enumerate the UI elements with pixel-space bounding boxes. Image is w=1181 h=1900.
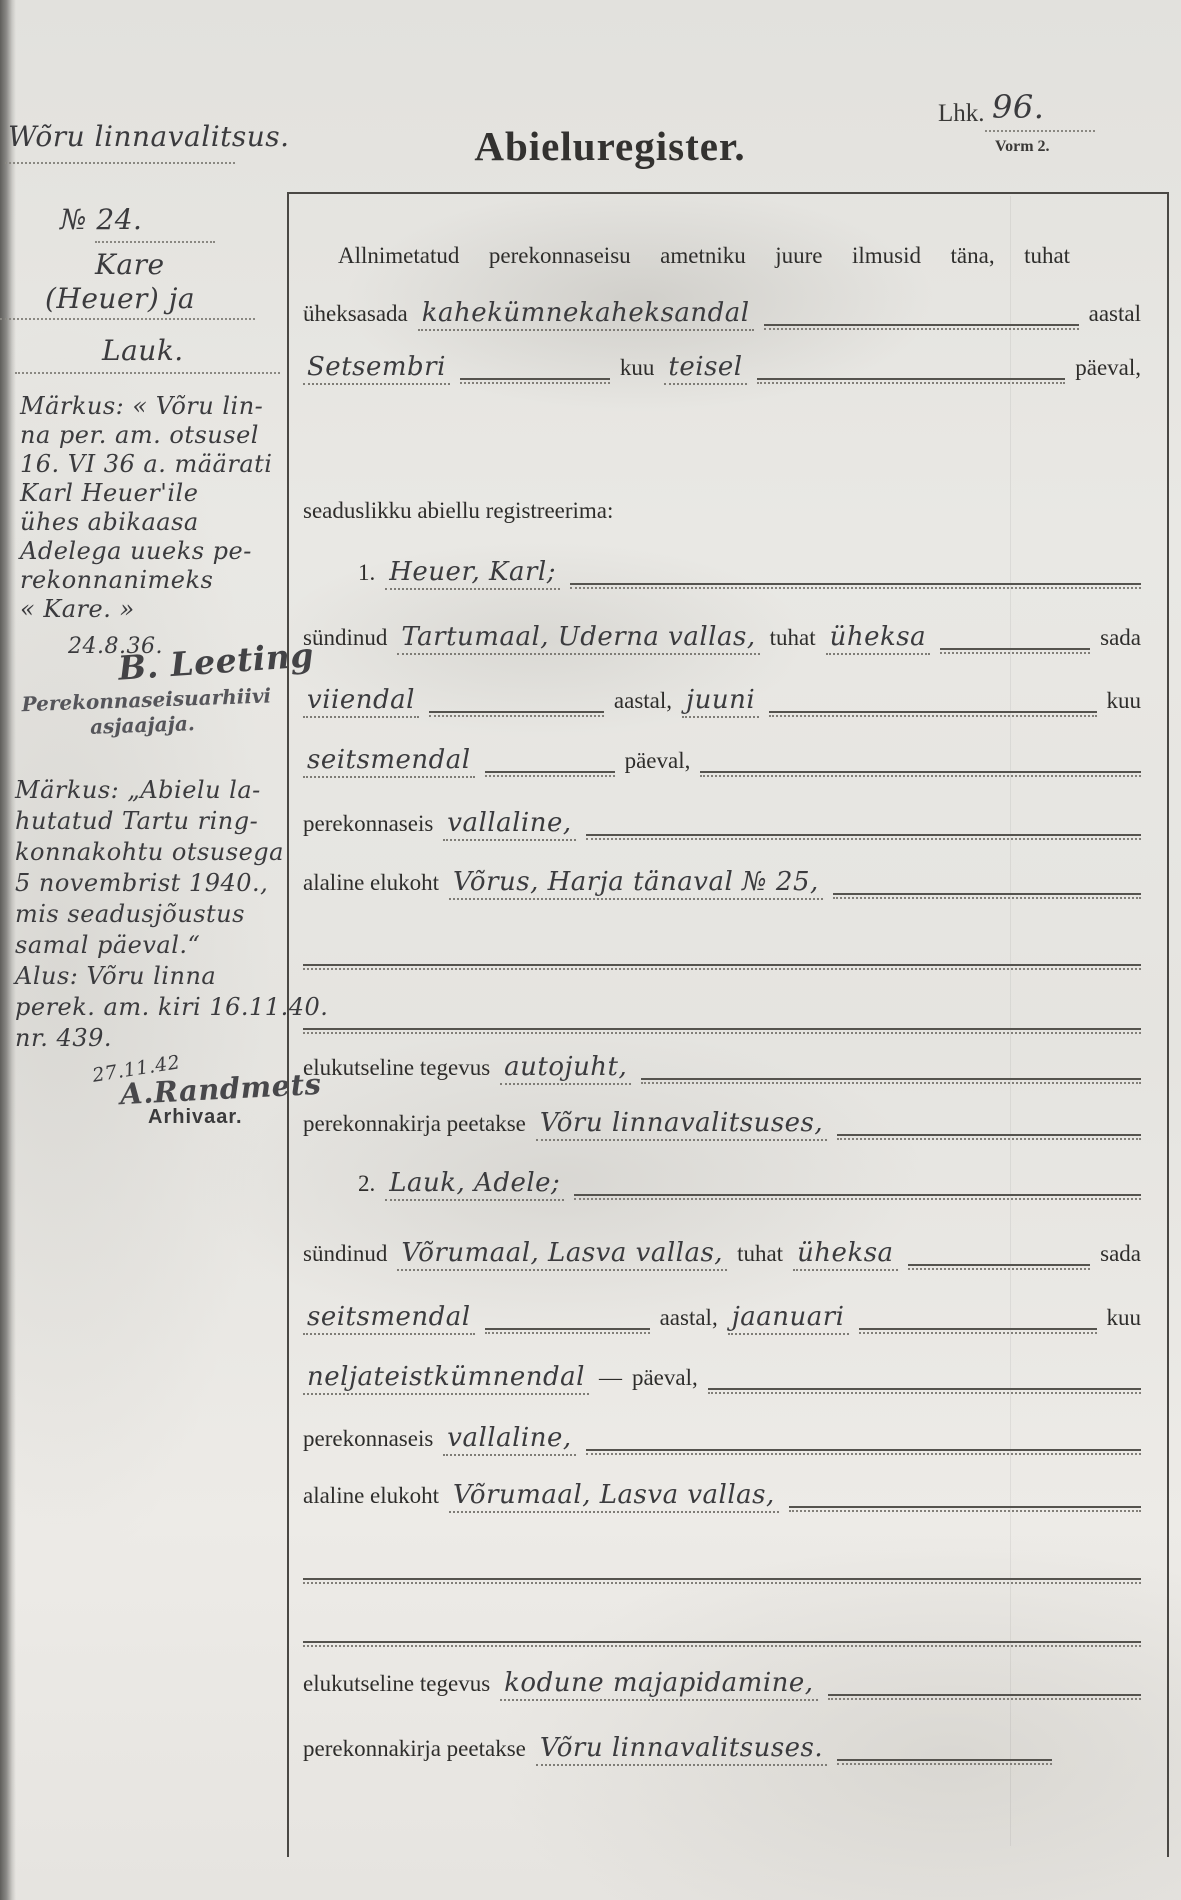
- handwritten-line: Karl Heuer'ile: [20, 479, 270, 508]
- handwritten-entry: juuni: [682, 685, 759, 718]
- printed-label: alaline elukoht: [303, 1483, 439, 1509]
- handwritten-line: Alus: Võru linna: [15, 961, 277, 992]
- form-line: Allnimetatud perekonnaseisu ametniku juu…: [303, 243, 1141, 279]
- handwritten-line: Märkus: „Abielu la-: [15, 775, 277, 806]
- handwritten-entry: autojuht,: [500, 1052, 631, 1085]
- handwritten-entry: Lauk, Adele;: [385, 1168, 564, 1201]
- fill-rule: [586, 1449, 1141, 1451]
- form-line: alaline elukohtVõrus, Harja tänaval № 25…: [303, 867, 1141, 903]
- fill-rule: [460, 378, 610, 380]
- printed-label: tuhat: [737, 1241, 783, 1267]
- fill-rule: [303, 1578, 1141, 1580]
- dotted-separator: [15, 372, 280, 374]
- form-line: [303, 1002, 1141, 1038]
- record-number: № 24.: [60, 203, 142, 236]
- handwritten-line: Adelega uueks pe-: [20, 537, 270, 566]
- handwritten-entry: Tartumaal, Uderna vallas,: [397, 622, 759, 655]
- printed-label: Allnimetatud perekonnaseisu ametniku juu…: [338, 243, 1070, 269]
- printed-label: perekonnakirja peetakse: [303, 1111, 526, 1137]
- fill-rule: [828, 1694, 1141, 1696]
- form-line: 1.Heuer, Karl;: [303, 557, 1141, 593]
- printed-label: perekonnaseis: [303, 1426, 433, 1452]
- margin-note-name-change: Märkus: « Võru lin-na per. am. otsusel16…: [20, 392, 270, 624]
- form-line: neljateistkümnendal—päeval,: [303, 1362, 1141, 1398]
- fill-rule: [574, 1194, 1141, 1196]
- form-line: perekonnakirja peetakseVõru linnavalitsu…: [303, 1108, 1141, 1144]
- handwritten-entry: teisel: [664, 352, 746, 385]
- fill-rule: [303, 1028, 1141, 1030]
- printed-label: alaline elukoht: [303, 870, 439, 896]
- fill-rule: [940, 648, 1090, 650]
- form-line: seitsmendalpäeval,: [303, 745, 1141, 781]
- margin-name-new: Kare: [95, 248, 165, 281]
- form-line: alaline elukohtVõrumaal, Lasva vallas,: [303, 1480, 1141, 1516]
- fill-rule: [641, 1078, 1141, 1080]
- handwritten-entry: kodune majapidamine,: [500, 1668, 817, 1701]
- printed-label: kuu: [1107, 688, 1142, 714]
- fill-rule: [789, 1506, 1141, 1508]
- fill-rule: [769, 711, 1096, 713]
- archive-clerk-stamp: Perekonnaseisuarhiiviasjaajaja.: [21, 684, 263, 742]
- fill-rule: [485, 771, 615, 773]
- handwritten-line: konnakohtu otsusega: [15, 837, 277, 868]
- form-line: perekonnaseisvallaline,: [303, 1423, 1141, 1459]
- form-line: Setsembrikuuteiselpäeval,: [303, 352, 1141, 388]
- printed-label: tuhat: [770, 625, 816, 651]
- printed-label: elukutseline tegevus: [303, 1671, 490, 1697]
- handwritten-entry: Setsembri: [303, 352, 450, 385]
- fill-rule: [837, 1759, 1052, 1761]
- printed-label: aastal,: [614, 688, 672, 714]
- printed-label: päeval,: [625, 748, 691, 774]
- printed-label: sada: [1100, 1241, 1141, 1267]
- handwritten-entry: seitsmendal: [303, 1302, 475, 1335]
- fill-rule: [757, 378, 1066, 380]
- office-name: Wõru linnavalitsus.: [8, 120, 290, 153]
- fill-rule: [429, 711, 604, 713]
- document-page: Wõru linnavalitsus. Abieluregister. Lhk.…: [0, 0, 1181, 1900]
- handwritten-entry: Võrus, Harja tänaval № 25,: [449, 867, 823, 900]
- form-line: [303, 1552, 1141, 1588]
- handwritten-line: hutatud Tartu ring-: [15, 806, 277, 837]
- printed-label: seaduslikku abiellu registreerima:: [303, 498, 613, 524]
- printed-label: üheksasada: [303, 301, 408, 327]
- printed-label: sündinud: [303, 625, 387, 651]
- handwritten-line: « Kare. »: [20, 595, 270, 624]
- handwritten-entry: Võrumaal, Lasva vallas,: [449, 1480, 779, 1513]
- fill-rule: [700, 771, 1141, 773]
- handwritten-entry: Heuer, Karl;: [385, 557, 560, 590]
- fill-rule: [908, 1264, 1091, 1266]
- handwritten-entry: Võrumaal, Lasva vallas,: [397, 1238, 727, 1271]
- form-line: perekonnaseisvallaline,: [303, 808, 1141, 844]
- handwritten-line: perek. am. kiri 16.11.40.: [15, 992, 277, 1023]
- fill-rule: [764, 324, 1079, 326]
- fill-rule: [570, 583, 1141, 585]
- printed-label: päeval,: [632, 1365, 698, 1391]
- form-line: 2.Lauk, Adele;: [303, 1168, 1141, 1204]
- handwritten-line: Märkus: « Võru lin-: [20, 392, 270, 421]
- form-line: seitsmendalaastal,jaanuarikuu: [303, 1302, 1141, 1338]
- printed-label: sada: [1100, 625, 1141, 651]
- handwritten-line: 16. VI 36 a. määrati: [20, 450, 270, 479]
- printed-label: 2.: [358, 1171, 375, 1197]
- form-line: [303, 1615, 1141, 1651]
- printed-label: sündinud: [303, 1241, 387, 1267]
- form-line: seaduslikku abiellu registreerima:: [303, 498, 1141, 534]
- handwritten-line: ühes abikaasa: [20, 508, 270, 537]
- form-line: perekonnakirja peetakseVõru linnavalitsu…: [303, 1733, 1141, 1769]
- form-line: üheksasadakahekümnekaheksandalaastal: [303, 298, 1141, 334]
- handwritten-entry: seitsmendal: [303, 745, 475, 778]
- page-number-label: Lhk.: [938, 100, 985, 128]
- fill-rule: [485, 1328, 650, 1330]
- form-line: elukutseline tegevusautojuht,: [303, 1052, 1141, 1088]
- fill-rule: [859, 1328, 1097, 1330]
- printed-label: perekonnaseis: [303, 811, 433, 837]
- handwritten-entry: kahekümnekaheksandal: [418, 298, 754, 331]
- margin-name-wife: Lauk.: [102, 334, 184, 367]
- printed-label: aastal: [1089, 301, 1141, 327]
- margin-name-husband: (Heuer) ja: [45, 282, 195, 315]
- fill-rule: [837, 1134, 1141, 1136]
- form-line: [303, 938, 1141, 974]
- binding-edge: [0, 0, 16, 1900]
- form-number: Vorm 2.: [995, 138, 1050, 156]
- handwritten-line: rekonnanimeks: [20, 566, 270, 595]
- printed-label: kuu: [1107, 1305, 1142, 1331]
- page-title: Abieluregister.: [445, 122, 775, 170]
- fill-rule: [303, 1641, 1141, 1643]
- handwritten-entry: Võru linnavalitsuses.: [536, 1733, 827, 1766]
- form-line: sündinudTartumaal, Uderna vallas,tuhatüh…: [303, 622, 1141, 658]
- dotted-separator: [5, 162, 235, 164]
- dotted-separator: [985, 130, 1095, 132]
- handwritten-entry: Võru linnavalitsuses,: [536, 1108, 827, 1141]
- printed-label: elukutseline tegevus: [303, 1055, 490, 1081]
- form-line: sündinudVõrumaal, Lasva vallas,tuhatühek…: [303, 1238, 1141, 1274]
- archivist-stamp: Arhivaar.: [148, 1106, 243, 1129]
- printed-label: 1.: [358, 560, 375, 586]
- form-line: elukutseline tegevuskodune majapidamine,: [303, 1668, 1141, 1704]
- form-line: viiendalaastal,juunikuu: [303, 685, 1141, 721]
- handwritten-entry: üheksa: [793, 1238, 897, 1271]
- fill-rule: [303, 964, 1141, 966]
- fill-rule: [586, 834, 1141, 836]
- handwritten-line: 5 novembrist 1940.,: [15, 868, 277, 899]
- handwritten-entry: viiendal: [303, 685, 419, 718]
- printed-label: —: [599, 1365, 622, 1391]
- page-number-value: 96.: [992, 88, 1044, 126]
- printed-label: päeval,: [1075, 355, 1141, 381]
- handwritten-line: samal päeval.“: [15, 930, 277, 961]
- fill-rule: [708, 1388, 1141, 1390]
- printed-label: kuu: [620, 355, 655, 381]
- handwritten-entry: vallaline,: [443, 1423, 575, 1456]
- handwritten-entry: neljateistkümnendal: [303, 1362, 589, 1395]
- printed-label: perekonnakirja peetakse: [303, 1736, 526, 1762]
- handwritten-line: na per. am. otsusel: [20, 421, 270, 450]
- handwritten-line: mis seadusjõustus: [15, 899, 277, 930]
- handwritten-entry: vallaline,: [443, 808, 575, 841]
- handwritten-line: nr. 439.: [15, 1023, 277, 1054]
- margin-note-divorce: Märkus: „Abielu la-hutatud Tartu ring-ko…: [15, 775, 277, 1054]
- handwritten-entry: jaanuari: [728, 1302, 849, 1335]
- fill-rule: [833, 893, 1141, 895]
- dotted-separator: [0, 318, 255, 320]
- printed-label: aastal,: [660, 1305, 718, 1331]
- dotted-separator: [95, 241, 215, 243]
- handwritten-entry: üheksa: [826, 622, 930, 655]
